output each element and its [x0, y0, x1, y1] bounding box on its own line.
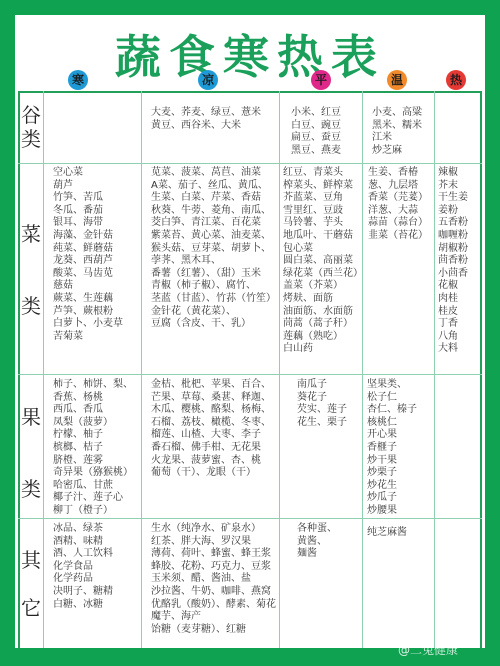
cell-veg-cool: 苋菜、菠菜、莴苣、油菜 A菜、茄子、丝瓜、黄瓜、 生菜、白菜、芹菜、香菇 秋葵、…	[151, 167, 276, 331]
grid-vline	[279, 91, 280, 666]
cell-fruit-cool: 金桔、枇杷、苹果、百合、 芒果、草莓、桑葚、释迦、 木瓜、樱桃、酪梨、杨梅、 石…	[151, 379, 271, 480]
right-border	[484, 0, 500, 666]
watermark: @二兔健康	[398, 641, 458, 658]
cell-veg-neutral: 红豆、青菜头 榨菜头、鲜榨菜 芥蓝菜、豆角 雪里红、豆豉 马铃薯、芋头 地瓜叶、…	[283, 167, 363, 356]
category-vegetables: 菜 类	[20, 222, 42, 318]
grid-hline	[18, 374, 482, 375]
cell-veg-warm: 生姜、香椿 葱、九层塔 香菜（芫荽） 洋葱、大蒜 蒜苗（蒜台） 韭菜（苔花）	[368, 167, 428, 243]
badge-hot: 热	[446, 70, 466, 90]
cell-fruit-cold: 柿子、柿饼、梨、 香蕉、杨桃 西瓜、香瓜 凤梨（菠萝） 柠檬、柚子 槟榔、桔子 …	[53, 379, 133, 518]
cell-other-cool: 生水（纯净水、矿泉水） 红茶、胖大海、罗汉果 薄荷、荷叶、蜂蜜、蜂王浆 蜂胶、花…	[151, 523, 276, 636]
cell-veg-cold: 空心菜 葫芦 竹笋、苦瓜 冬瓜、番茄 银耳、海带 海藻、金针菇 莼菜、鲜蘑菇 龙…	[53, 167, 123, 343]
grid-hline	[18, 518, 482, 519]
badge-cold: 寒	[68, 70, 88, 90]
category-others: 其 它	[20, 548, 42, 620]
cell-fruit-warm: 坚果类、 松子仁 杏仁、榛子 核桃仁 开心果 香榧子 炒干果 炒栗子 炒花生 炒…	[367, 379, 417, 518]
cell-grains-cool: 大麦、荞麦、绿豆、薏米 黄豆、西谷米、大米	[151, 107, 261, 132]
category-grains: 谷 类	[20, 103, 42, 151]
grid-vline	[43, 91, 44, 666]
cell-other-warm: 纯芝麻酱	[367, 527, 407, 540]
grid-hline	[18, 163, 482, 164]
cell-fruit-neutral: 南瓜子 葵花子 芡实、莲子 花生、栗子	[297, 379, 347, 429]
grid-vline	[434, 91, 435, 666]
category-fruits: 果 类	[20, 405, 42, 501]
badge-warm: 温	[387, 70, 407, 90]
badge-cool: 凉	[198, 70, 218, 90]
cell-grains-warm: 小麦、高粱 黑米、糯米 江米 炒芝麻	[372, 107, 422, 157]
cell-veg-hot: 辣椒 芥末 干生姜 姜粉 五香粉 咖喱粉 胡椒粉 茴香粉 小茴香 花椒 肉桂 桂…	[438, 167, 468, 356]
badge-neutral: 平	[311, 70, 331, 90]
cell-other-neutral: 各种蛋、 黄酱、 麺酱	[297, 523, 337, 561]
cell-grains-neutral: 小米、红豆 白豆、豌豆 扁豆、蚕豆 黑豆、燕麦	[291, 107, 341, 157]
cell-other-cold: 冰品、绿茶 酒精、味精 酒、人工饮料 化学食品 化学药品 决明子、糖精 白糖、冰…	[53, 523, 113, 611]
grid-vline	[141, 91, 142, 666]
